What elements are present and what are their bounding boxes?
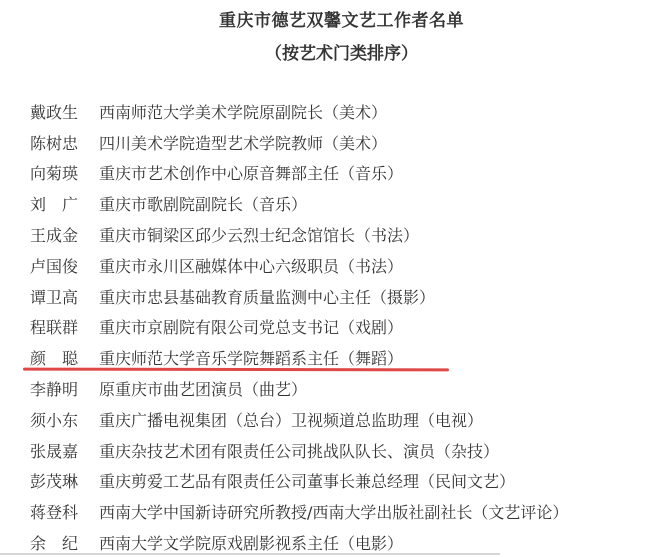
honoree-name: 彭茂琳: [30, 469, 93, 492]
list-item: 程联群重庆市京剧院有限公司党总支书记（戏剧）: [30, 312, 568, 343]
honoree-description: 重庆市京剧院有限公司党总支书记（戏剧）: [99, 315, 403, 338]
list-item: 戴政生西南师范大学美术学院原副院长（美术）: [30, 96, 568, 127]
honoree-description: 四川美术学院造型艺术学院教师（美术）: [99, 131, 387, 154]
honoree-description: 重庆市歌剧院副院长（音乐）: [99, 192, 307, 215]
bottom-divider: [0, 553, 500, 555]
honoree-name: 戴政生: [30, 100, 93, 123]
honoree-description: 重庆剪爱工艺品有限责任公司董事长兼总经理（民间文艺）: [99, 469, 515, 492]
honoree-description: 西南师范大学美术学院原副院长（美术）: [99, 100, 387, 123]
list-item: 王成金重庆市铜梁区邱少云烈士纪念馆馆长（书法）: [30, 219, 568, 250]
honoree-name: 王成金: [30, 223, 93, 246]
honoree-name: 程联群: [30, 315, 93, 338]
honoree-name: 须小东: [30, 408, 93, 431]
honoree-description: 西南大学文学院原戏剧影视系主任（电影）: [99, 531, 403, 554]
honoree-name: 李静明: [30, 377, 93, 400]
honoree-description: 重庆市艺术创作中心原音舞部主任（音乐）: [99, 161, 403, 184]
list-item: 卢国俊重庆市永川区融媒体中心六级职员（书法）: [30, 250, 568, 281]
honoree-name: 向菊瑛: [30, 161, 93, 184]
honoree-name: 蒋登科: [30, 500, 93, 523]
honoree-name: 张晟嘉: [30, 439, 93, 462]
honoree-name: 陈树忠: [30, 131, 93, 154]
honoree-description: 原重庆市曲艺团演员（曲艺）: [99, 377, 307, 400]
honoree-description: 重庆市忠县基础教育质量监测中心主任（摄影）: [99, 285, 435, 308]
honoree-description: 西南大学中国新诗研究所教授/西南大学出版社副社长（文艺评论）: [99, 500, 568, 523]
honoree-name: 颜 聪: [30, 346, 93, 369]
honoree-list: 戴政生西南师范大学美术学院原副院长（美术） 陈树忠四川美术学院造型艺术学院教师（…: [30, 96, 568, 557]
honoree-description: 重庆杂技艺术团有限责任公司挑战队队长、演员（杂技）: [99, 439, 499, 462]
honoree-description: 重庆广播电视集团（总台）卫视频道总监助理（电视）: [99, 408, 483, 431]
honoree-description: 重庆师范大学音乐学院舞蹈系主任（舞蹈）: [99, 346, 403, 369]
list-item: 张晟嘉重庆杂技艺术团有限责任公司挑战队队长、演员（杂技）: [30, 435, 568, 466]
document-title: 重庆市德艺双馨文艺工作者名单: [0, 6, 671, 31]
list-item: 谭卫高重庆市忠县基础教育质量监测中心主任（摄影）: [30, 281, 568, 312]
list-item: 蒋登科西南大学中国新诗研究所教授/西南大学出版社副社长（文艺评论）: [30, 496, 568, 527]
list-item: 李静明原重庆市曲艺团演员（曲艺）: [30, 373, 568, 404]
honoree-description: 重庆市永川区融媒体中心六级职员（书法）: [99, 254, 403, 277]
honoree-name: 卢国俊: [30, 254, 93, 277]
list-item: 彭茂琳重庆剪爱工艺品有限责任公司董事长兼总经理（民间文艺）: [30, 466, 568, 497]
honoree-name: 余 纪: [30, 531, 93, 554]
honoree-name: 刘 广: [30, 192, 93, 215]
list-item: 刘 广重庆市歌剧院副院长（音乐）: [30, 188, 568, 219]
honoree-name: 谭卫高: [30, 285, 93, 308]
list-item: 须小东重庆广播电视集团（总台）卫视频道总监助理（电视）: [30, 404, 568, 435]
honoree-description: 重庆市铜梁区邱少云烈士纪念馆馆长（书法）: [99, 223, 419, 246]
list-item: 向菊瑛重庆市艺术创作中心原音舞部主任（音乐）: [30, 158, 568, 189]
document-subtitle: （按艺术门类排序）: [0, 39, 671, 64]
list-item: 陈树忠四川美术学院造型艺术学院教师（美术）: [30, 127, 568, 158]
